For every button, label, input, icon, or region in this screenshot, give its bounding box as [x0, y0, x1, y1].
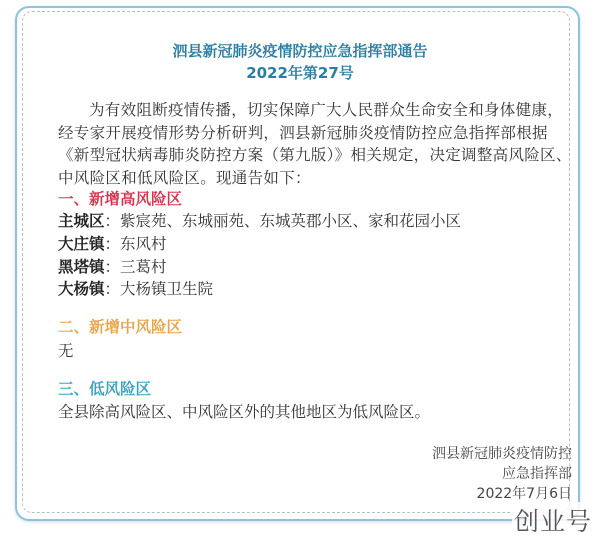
notice-number: 2022年第27号 [0, 62, 600, 83]
area-label: 主城区 [58, 212, 105, 230]
area-label: 大庄镇 [58, 235, 105, 253]
high-risk-item: 大杨镇：大杨镇卫生院 [58, 277, 213, 299]
notice-title: 泗县新冠肺炎疫情防控应急指挥部通告 [0, 40, 600, 61]
section-high-risk-heading: 一、新增高风险区 [58, 187, 182, 209]
high-risk-item: 主城区：紫宸苑、东城丽苑、东城英郡小区、家和花园小区 [58, 209, 461, 231]
low-risk-text: 全县除高风险区、中风险区外的其他地区为低风险区。 [58, 400, 430, 422]
section-medium-risk-heading: 二、新增中风险区 [58, 315, 182, 337]
separator: ： [105, 235, 121, 253]
high-risk-item: 大庄镇：东风村 [58, 232, 167, 254]
area-label: 大杨镇 [58, 280, 105, 298]
section-low-risk-heading: 三、低风险区 [58, 377, 151, 399]
high-risk-item: 黑塔镇：三葛村 [58, 255, 167, 277]
area-value: 大杨镇卫生院 [120, 280, 213, 298]
area-value: 东风村 [120, 235, 167, 253]
area-label: 黑塔镇 [58, 258, 105, 276]
signature-org-line2: 应急指挥部 [502, 463, 572, 483]
area-value: 三葛村 [120, 258, 167, 276]
separator: ： [105, 280, 121, 298]
area-value: 紫宸苑、东城丽苑、东城英郡小区、家和花园小区 [120, 212, 461, 230]
signature-date: 2022年7月6日 [477, 483, 572, 503]
medium-risk-text: 无 [58, 339, 74, 361]
separator: ： [105, 212, 121, 230]
intro-paragraph: 为有效阻断疫情传播，切实保障广大人民群众生命安全和身体健康，经专家开展疫情形势分… [58, 99, 578, 189]
watermark: 创业号 [512, 502, 594, 535]
signature-org-line1: 泗县新冠肺炎疫情防控 [432, 443, 572, 463]
separator: ： [105, 258, 121, 276]
